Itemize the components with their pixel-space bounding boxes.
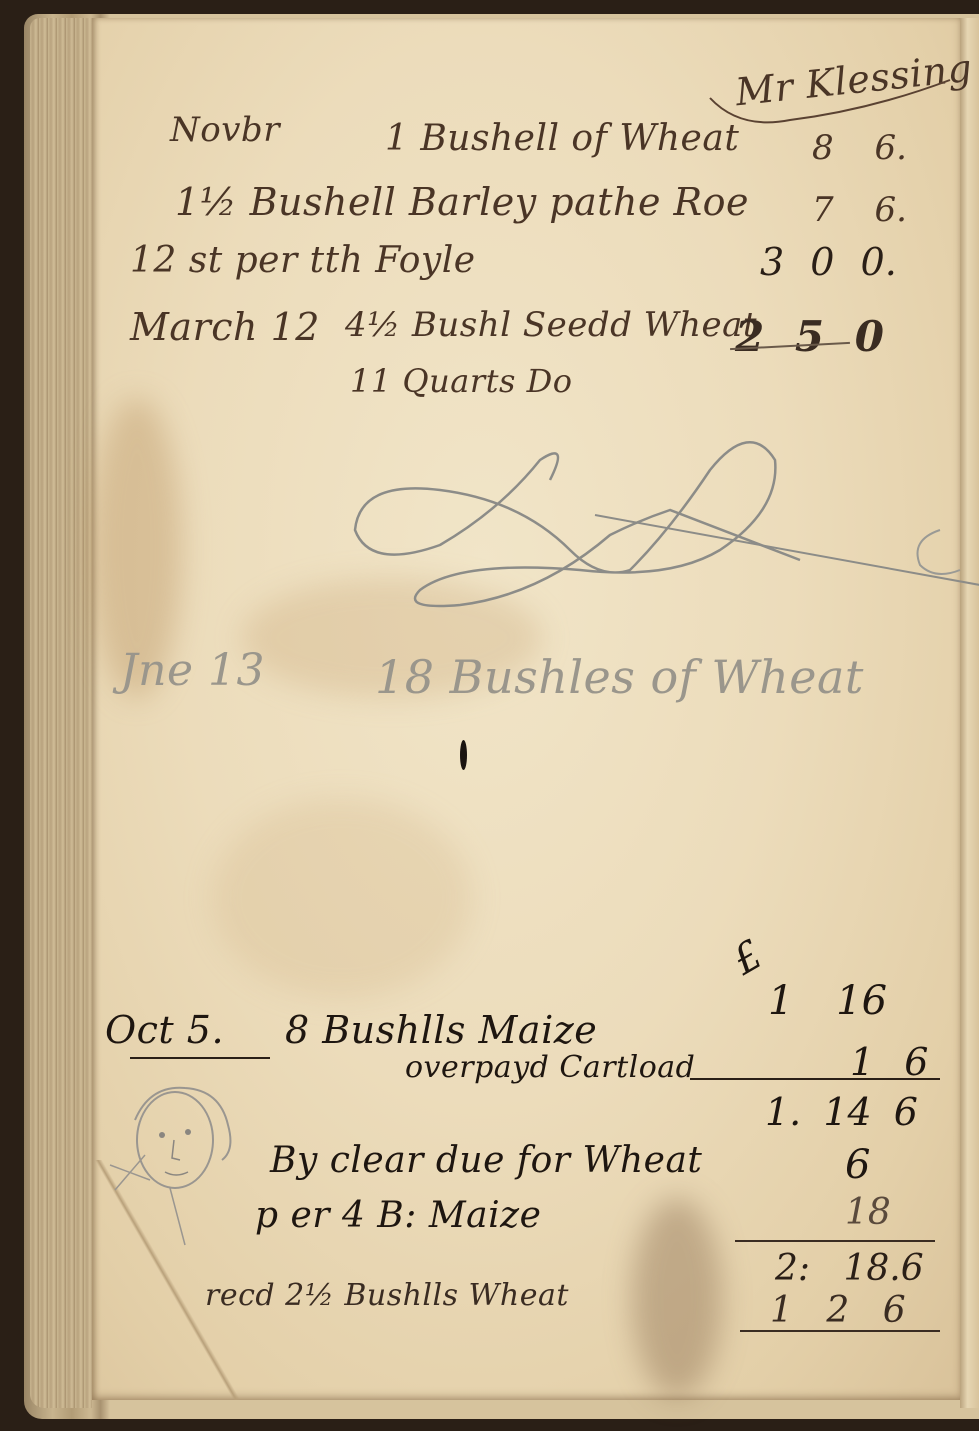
- stain: [212, 798, 472, 998]
- pencil-flourish-signature: [340, 420, 979, 610]
- entry-3-amount: 3 0 0.: [760, 240, 897, 284]
- entry-1-amount: 8 6.: [812, 128, 907, 168]
- final-rule: [740, 1330, 940, 1332]
- entry-1-date: Novbr: [170, 110, 280, 150]
- date-underline: [130, 1057, 270, 1059]
- entry-5-description: 11 Quarts Do: [350, 362, 572, 400]
- overpaid-description: overpayd Cartload: [405, 1050, 695, 1085]
- subtotal-amount: 1. 14 6: [765, 1090, 918, 1134]
- stain: [632, 1198, 722, 1398]
- facing-page-edge: [960, 18, 979, 1408]
- entry-3-description: 12 st per tth Foyle: [130, 240, 476, 281]
- received-wheat-description: recd 2½ Bushlls Wheat: [205, 1278, 569, 1313]
- maize-credit-amount: 18: [845, 1192, 891, 1233]
- entry-4-amount: 2 5 0: [735, 312, 884, 361]
- entry-2-amount: 7 6.: [812, 190, 907, 230]
- maize-credit-description: p er 4 B: Maize: [255, 1195, 541, 1236]
- pencil-face-sketch: [110, 1080, 250, 1250]
- received-wheat-amount: 1 2 6: [770, 1290, 906, 1331]
- oct-entry-date: Oct 5.: [105, 1008, 224, 1052]
- entry-4-description: 4½ Bushl Seedd Wheat: [345, 305, 757, 345]
- page-edges: [30, 18, 92, 1408]
- wheat-credit-description: By clear due for Wheat: [270, 1140, 702, 1181]
- pencil-entry-date: Jne 13: [120, 645, 265, 696]
- oct-entry-amount: 1 16: [768, 978, 887, 1024]
- total-rule: [735, 1240, 935, 1242]
- subtotal-rule: [690, 1078, 940, 1080]
- wheat-credit-amount: 6: [845, 1142, 870, 1188]
- entry-1-description: 1 Bushell of Wheat: [385, 118, 739, 159]
- ink-blot: [460, 740, 467, 770]
- total-amount: 2: 18.6: [775, 1248, 924, 1289]
- entry-2-description: 1½ Bushell Barley pathe Roe: [175, 180, 749, 224]
- entry-4-date: March 12: [130, 305, 320, 349]
- pencil-entry-description: 18 Bushles of Wheat: [375, 650, 864, 704]
- oct-entry-description: 8 Bushlls Maize: [285, 1008, 597, 1052]
